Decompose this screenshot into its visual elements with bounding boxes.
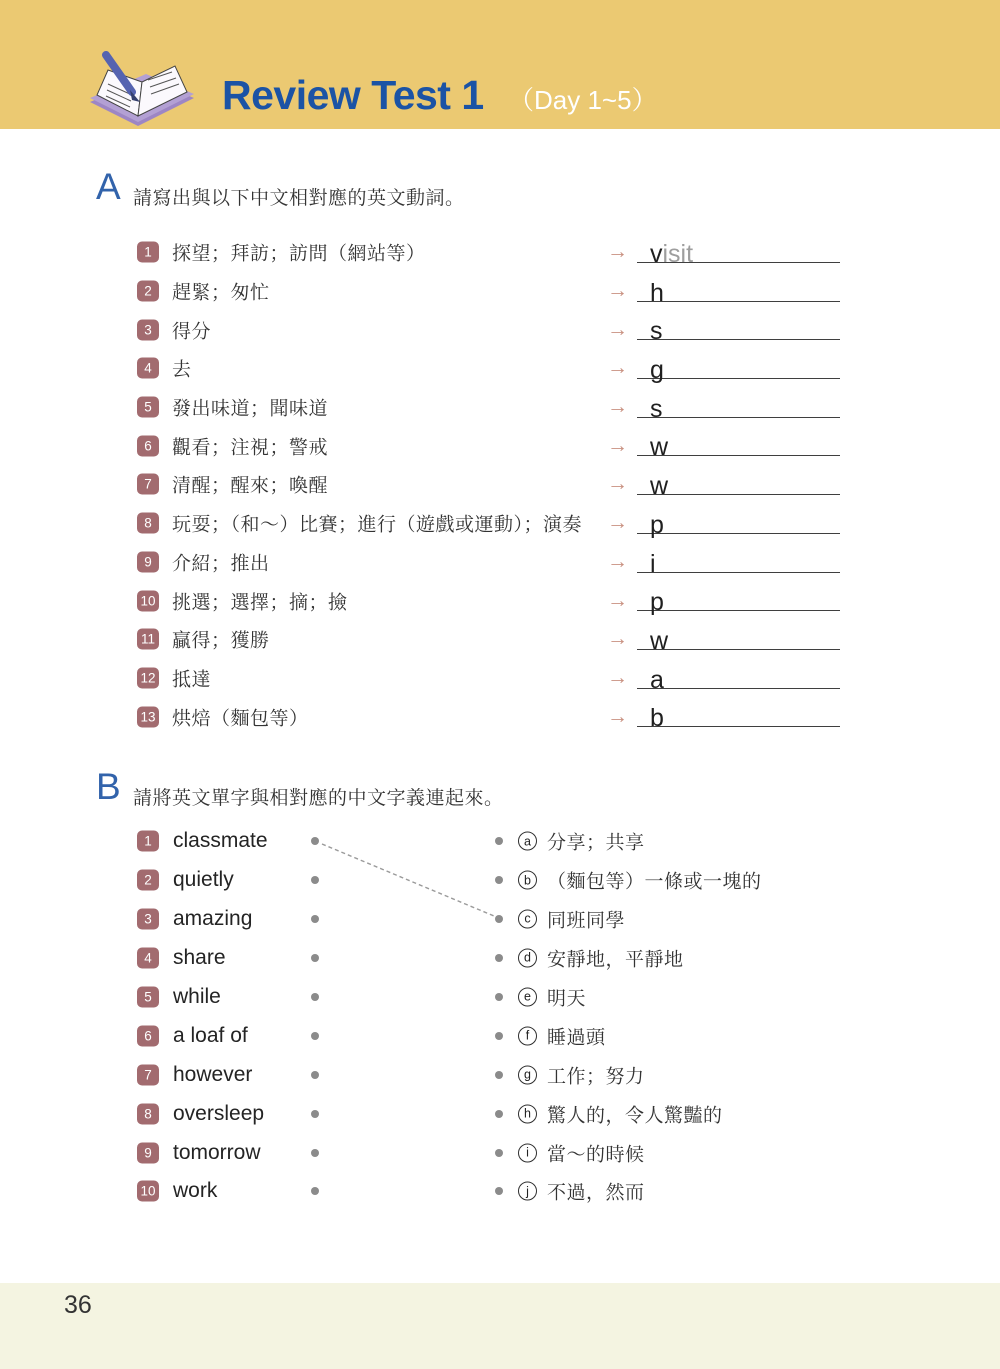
choice-letter-badge: b (518, 871, 537, 890)
item-number-badge: 2 (137, 870, 159, 891)
english-word: amazing (173, 907, 252, 931)
verb-item-row: 2 趕緊；匆忙 → h (0, 272, 1000, 311)
section-b-label: B (96, 768, 121, 805)
item-number-badge: 3 (137, 319, 159, 340)
match-dot-left[interactable] (311, 1032, 319, 1040)
answer-line[interactable]: b (637, 699, 840, 727)
match-dot-left[interactable] (311, 876, 319, 884)
match-dot-right[interactable] (495, 1187, 503, 1195)
item-number-badge: 1 (137, 242, 159, 263)
match-dot-left[interactable] (311, 1187, 319, 1195)
section-b-instruction: 請將英文單字與相對應的中文字義連起來。 (133, 783, 504, 810)
chinese-prompt: 清醒；醒來；喚醒 (172, 471, 328, 498)
verb-item-row: 4 去 → g (0, 349, 1000, 388)
answer-line[interactable]: s (637, 390, 840, 418)
item-number-badge: 10 (137, 1181, 159, 1202)
item-number-badge: 12 (137, 667, 159, 688)
answer-line[interactable]: w (637, 467, 840, 495)
verb-item-row: 7 清醒；醒來；喚醒 → w (0, 465, 1000, 504)
chinese-prompt: 烘焙（麵包等） (172, 703, 309, 730)
match-item-row: 7 however g 工作；努力 (0, 1055, 1000, 1094)
arrow-icon: → (607, 511, 628, 535)
arrow-icon: → (607, 240, 628, 264)
match-dot-right[interactable] (495, 1149, 503, 1157)
arrow-icon: → (607, 666, 628, 690)
verb-item-row: 12 抵達 → a (0, 659, 1000, 698)
match-dot-right[interactable] (495, 954, 503, 962)
chinese-meaning: 同班同學 (547, 906, 625, 933)
match-item-row: 1 classmate a 分享；共享 (0, 822, 1000, 861)
open-book-pen-icon (84, 50, 200, 136)
choice-letter-badge: d (518, 949, 537, 968)
page-number: 36 (64, 1291, 92, 1320)
match-dot-right[interactable] (495, 1110, 503, 1118)
match-item-row: 2 quietly b （麵包等）一條或一塊的 (0, 861, 1000, 900)
verb-item-row: 11 贏得；獲勝 → w (0, 620, 1000, 659)
arrow-icon: → (607, 589, 628, 613)
arrow-icon: → (607, 356, 628, 380)
item-number-badge: 3 (137, 909, 159, 930)
chinese-meaning: 睡過頭 (547, 1022, 606, 1049)
footer-band (0, 1283, 1000, 1369)
chinese-meaning: 工作；努力 (547, 1061, 645, 1088)
arrow-icon: → (607, 627, 628, 651)
match-dot-left[interactable] (311, 993, 319, 1001)
match-dot-right[interactable] (495, 1032, 503, 1040)
arrow-icon: → (607, 279, 628, 303)
match-item-row: 10 work j 不過，然而 (0, 1172, 1000, 1211)
choice-letter-badge: i (518, 1143, 537, 1162)
item-number-badge: 4 (137, 358, 159, 379)
choice-letter-badge: a (518, 832, 537, 851)
chinese-prompt: 贏得；獲勝 (172, 626, 270, 653)
chinese-meaning: （麵包等）一條或一塊的 (547, 867, 762, 894)
answer-line[interactable]: w (637, 622, 840, 650)
section-a-label: A (96, 168, 121, 205)
match-dot-right[interactable] (495, 876, 503, 884)
answer-line[interactable]: i (637, 545, 840, 573)
item-number-badge: 8 (137, 1103, 159, 1124)
arrow-icon: → (607, 550, 628, 574)
chinese-prompt: 去 (172, 355, 192, 382)
section-a-instruction: 請寫出與以下中文相對應的英文動詞。 (133, 183, 465, 210)
item-number-badge: 4 (137, 948, 159, 969)
chinese-meaning: 安靜地，平靜地 (547, 945, 684, 972)
arrow-icon: → (607, 395, 628, 419)
item-number-badge: 9 (137, 1142, 159, 1163)
match-item-row: 4 share d 安靜地，平靜地 (0, 939, 1000, 978)
chinese-prompt: 發出味道；聞味道 (172, 394, 328, 421)
chinese-prompt: 抵達 (172, 664, 211, 691)
verb-item-row: 6 觀看；注視；警戒 → w (0, 426, 1000, 465)
answer-line[interactable]: s (637, 312, 840, 340)
english-word: however (173, 1063, 252, 1087)
item-number-badge: 13 (137, 706, 159, 727)
item-number-badge: 10 (137, 590, 159, 611)
match-dot-right[interactable] (495, 1071, 503, 1079)
english-word: tomorrow (173, 1141, 261, 1165)
item-number-badge: 7 (137, 474, 159, 495)
section-b-items: 1 classmate a 分享；共享 2 quietly b （麵包等）一條或… (0, 822, 1000, 1211)
header-band: Review Test 1 （Day 1~5） (0, 0, 1000, 129)
choice-letter-badge: c (518, 910, 537, 929)
chinese-prompt: 趕緊；匆忙 (172, 278, 270, 305)
item-number-badge: 11 (137, 629, 159, 650)
answer-line[interactable]: p (637, 506, 840, 534)
item-number-badge: 5 (137, 397, 159, 418)
english-word: oversleep (173, 1102, 264, 1126)
page-title: Review Test 1 (222, 72, 484, 119)
answer-line[interactable]: w (637, 428, 840, 456)
chinese-prompt: 探望；拜訪；訪問（網站等） (172, 239, 426, 266)
chinese-meaning: 分享；共享 (547, 828, 645, 855)
chinese-meaning: 當～的時候 (547, 1139, 645, 1166)
english-word: a loaf of (173, 1024, 248, 1048)
english-word: share (173, 946, 226, 970)
page-subtitle: （Day 1~5） (508, 80, 658, 117)
chinese-meaning: 明天 (547, 984, 586, 1011)
choice-letter-badge: j (518, 1182, 537, 1201)
choice-letter-badge: e (518, 988, 537, 1007)
chinese-prompt: 玩耍；（和～）比賽；進行（遊戲或運動）；演奏 (172, 510, 582, 537)
match-dot-right[interactable] (495, 915, 503, 923)
verb-item-row: 10 挑選；選擇；摘；撿 → p (0, 581, 1000, 620)
chinese-prompt: 得分 (172, 316, 211, 343)
match-dot-left[interactable] (311, 1110, 319, 1118)
arrow-icon: → (607, 434, 628, 458)
answer-line[interactable]: p (637, 583, 840, 611)
answer-line[interactable]: visit (637, 235, 840, 263)
match-dot-left[interactable] (311, 1071, 319, 1079)
verb-item-row: 13 烘焙（麵包等） → b (0, 697, 1000, 736)
item-number-badge: 2 (137, 281, 159, 302)
section-a-items: 1 探望；拜訪；訪問（網站等） → visit 2 趕緊；匆忙 → h 3 得分… (0, 233, 1000, 736)
match-item-row: 9 tomorrow i 當～的時候 (0, 1133, 1000, 1172)
match-item-row: 8 oversleep h 驚人的，令人驚豔的 (0, 1094, 1000, 1133)
match-item-row: 3 amazing c 同班同學 (0, 900, 1000, 939)
english-word: work (173, 1179, 217, 1203)
verb-item-row: 8 玩耍；（和～）比賽；進行（遊戲或運動）；演奏 → p (0, 504, 1000, 543)
answer-line[interactable]: g (637, 351, 840, 379)
chinese-meaning: 驚人的，令人驚豔的 (547, 1100, 723, 1127)
verb-item-row: 9 介紹；推出 → i (0, 543, 1000, 582)
item-number-badge: 6 (137, 435, 159, 456)
item-number-badge: 5 (137, 987, 159, 1008)
answer-line[interactable]: h (637, 274, 840, 302)
match-dot-left[interactable] (311, 954, 319, 962)
english-word: classmate (173, 829, 268, 853)
arrow-icon: → (607, 318, 628, 342)
chinese-prompt: 觀看；注視；警戒 (172, 432, 328, 459)
match-dot-left[interactable] (311, 915, 319, 923)
arrow-icon: → (607, 705, 628, 729)
item-number-badge: 9 (137, 551, 159, 572)
item-number-badge: 7 (137, 1064, 159, 1085)
item-number-badge: 1 (137, 831, 159, 852)
english-word: quietly (173, 868, 234, 892)
chinese-prompt: 挑選；選擇；摘；撿 (172, 587, 348, 614)
match-dot-left[interactable] (311, 837, 319, 845)
verb-item-row: 5 發出味道；聞味道 → s (0, 388, 1000, 427)
item-number-badge: 8 (137, 513, 159, 534)
match-dot-left[interactable] (311, 1149, 319, 1157)
match-item-row: 5 while e 明天 (0, 978, 1000, 1017)
answer-line[interactable]: a (637, 661, 840, 689)
item-number-badge: 6 (137, 1025, 159, 1046)
verb-item-row: 1 探望；拜訪；訪問（網站等） → visit (0, 233, 1000, 272)
match-dot-right[interactable] (495, 993, 503, 1001)
chinese-meaning: 不過，然而 (547, 1178, 645, 1205)
arrow-icon: → (607, 472, 628, 496)
choice-letter-badge: h (518, 1104, 537, 1123)
choice-letter-badge: f (518, 1026, 537, 1045)
choice-letter-badge: g (518, 1065, 537, 1084)
match-dot-right[interactable] (495, 837, 503, 845)
verb-item-row: 3 得分 → s (0, 310, 1000, 349)
chinese-prompt: 介紹；推出 (172, 548, 270, 575)
match-item-row: 6 a loaf of f 睡過頭 (0, 1016, 1000, 1055)
english-word: while (173, 985, 221, 1009)
